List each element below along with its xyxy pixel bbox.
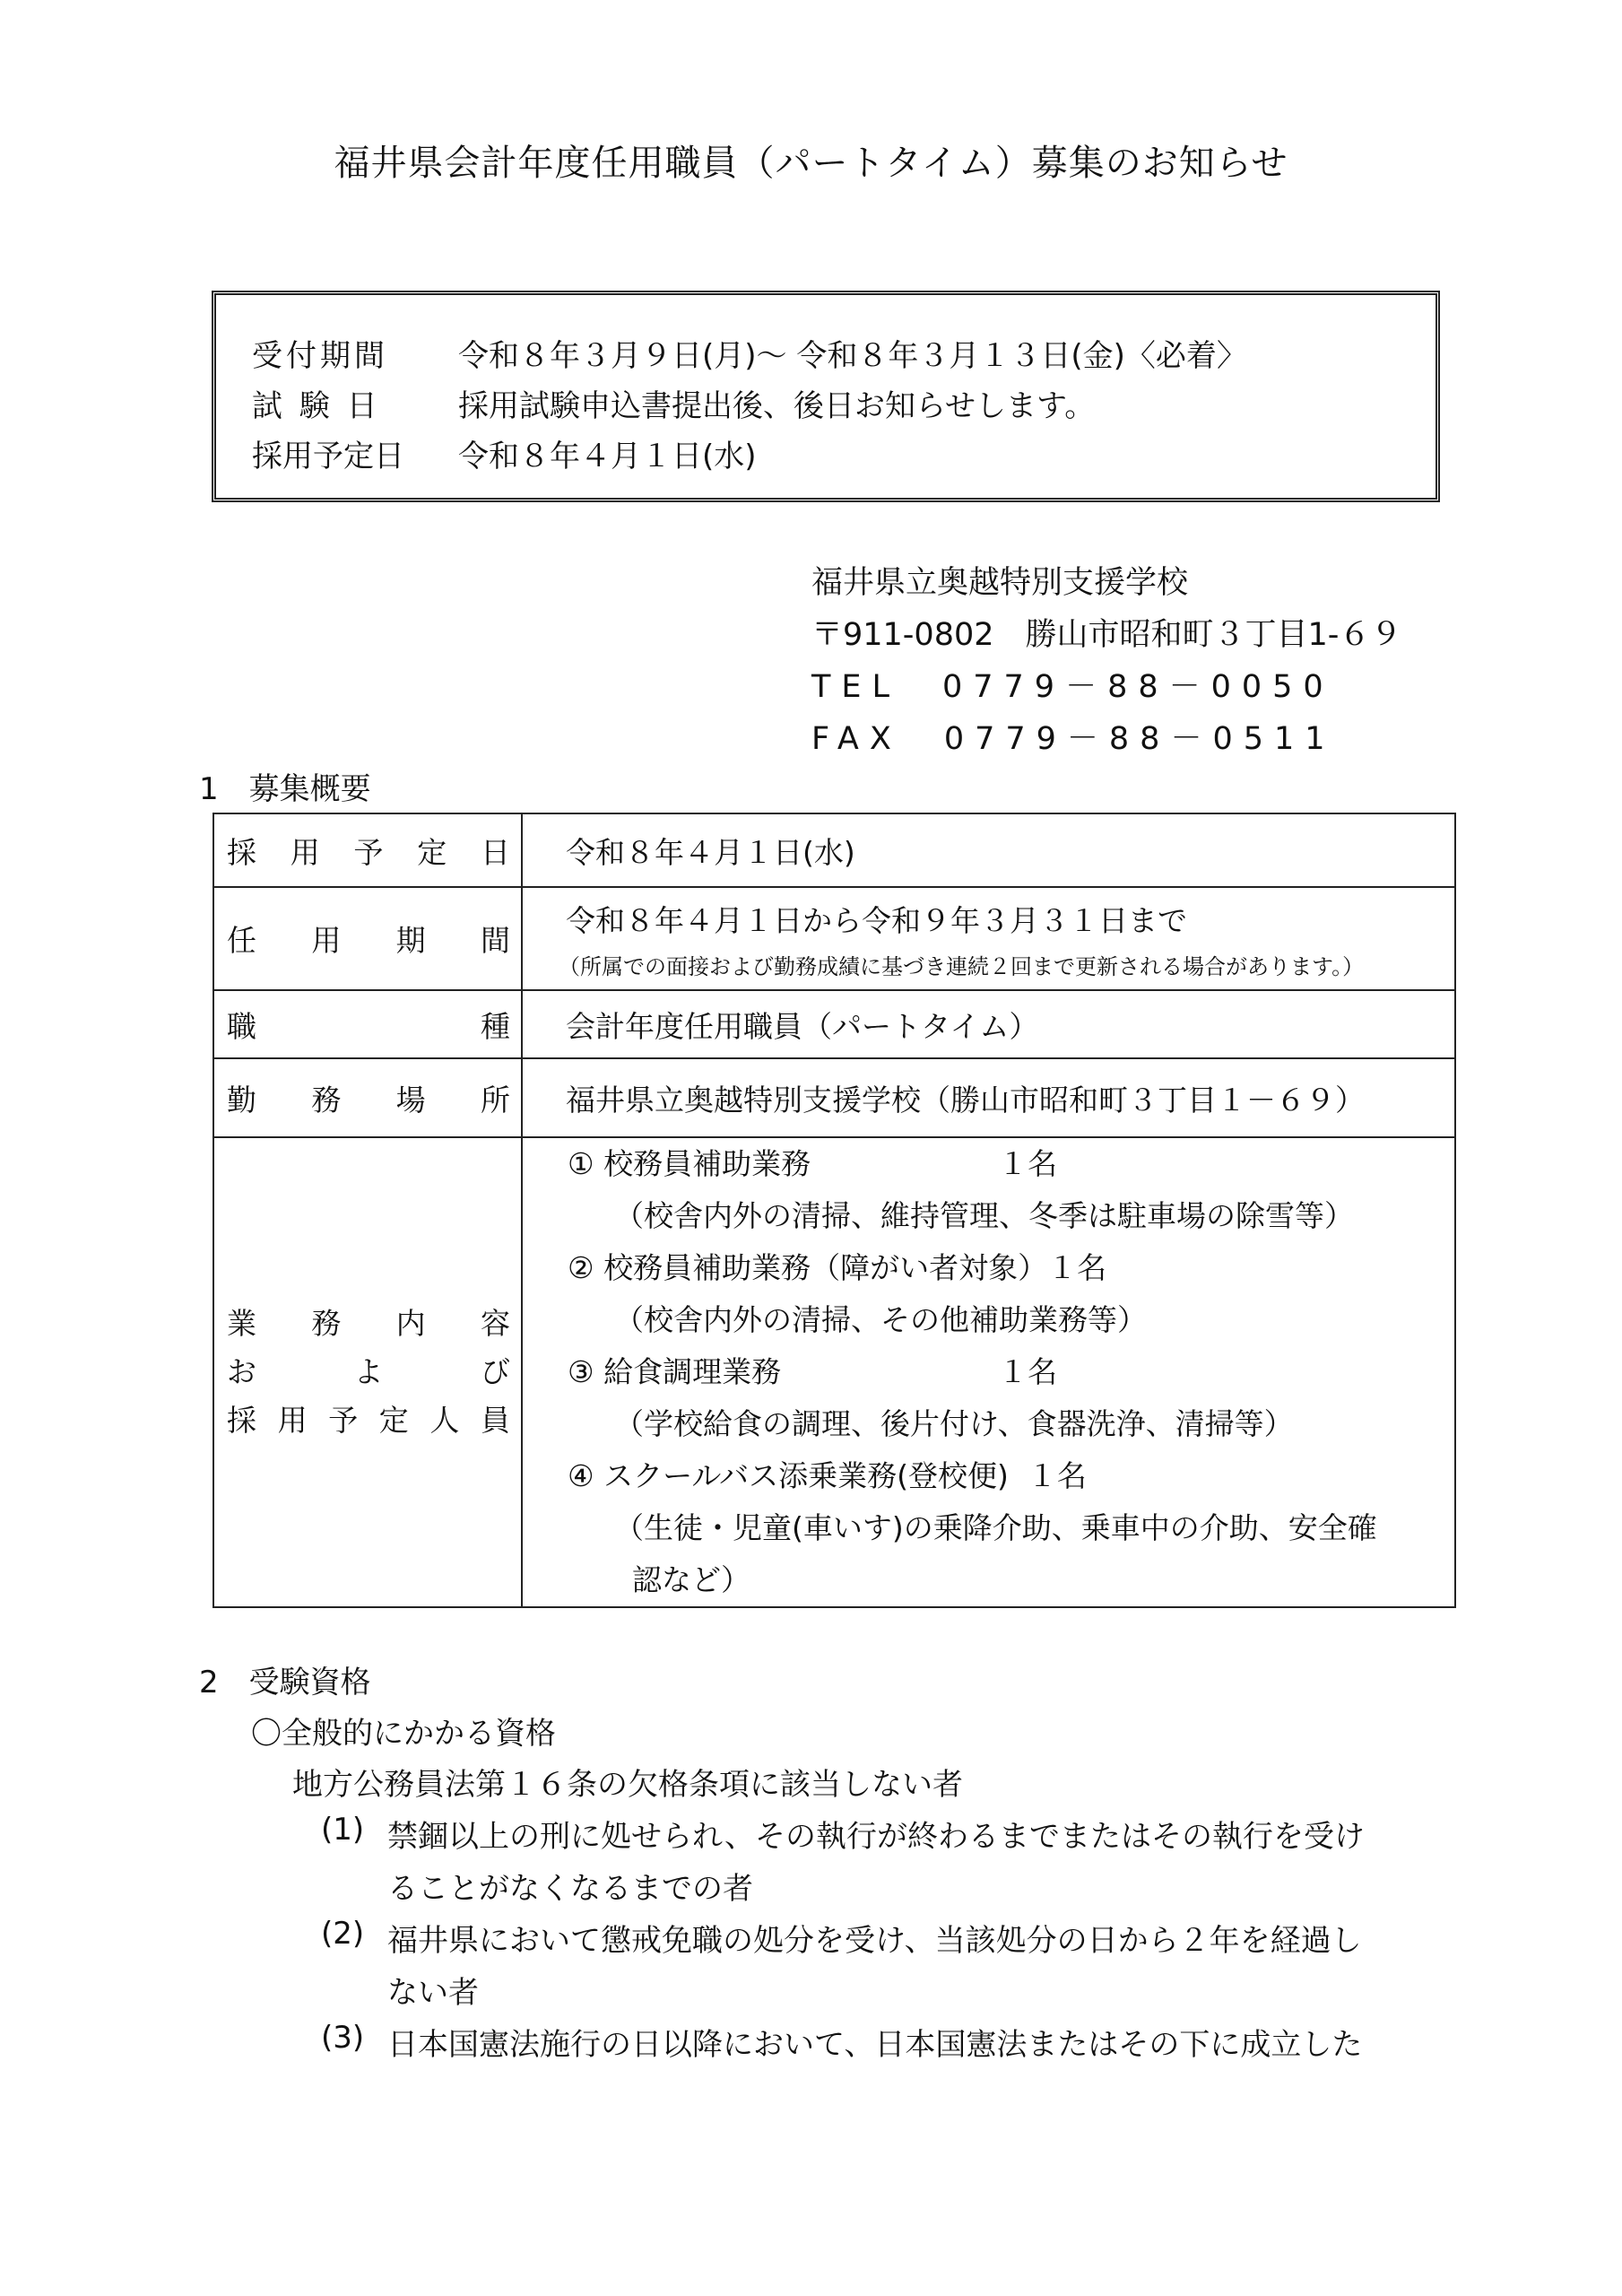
qualification-intro: 地方公務員法第１６条の欠格条項に該当しない者 (292, 1760, 963, 1804)
duty-name: 校務員補助業務 (603, 1138, 998, 1190)
label-char: 務 (311, 1077, 341, 1119)
employment-period-cell: 令和８年４月１日から令和９年３月３１日まで （所属での面接および勤務成績に基づき… (522, 887, 1455, 990)
table-row: 任 用 期 間 令和８年４月１日から令和９年３月３１日まで （所属での面接および… (213, 887, 1455, 990)
label-char: 職 (227, 1004, 256, 1046)
duty-description: 認など） (568, 1554, 1454, 1606)
hire-date-label: 採用予定日 (252, 431, 458, 475)
duty-name: 校務員補助業務（障がい者対象） (603, 1250, 1047, 1285)
label-char: 用 (278, 1396, 308, 1445)
exam-date-label: 試 験 日 (252, 381, 458, 425)
duty-description: （校舎内外の清掃、維持管理、冬季は駐車場の除雪等） (568, 1190, 1454, 1242)
reception-period-value: 令和８年３月９日(月)～ 令和８年３月１３日(金)〈必着〉 (458, 338, 1247, 374)
qualification-item-text: ない者 (387, 1968, 479, 2012)
label-char: び (481, 1348, 510, 1396)
duty-description: （学校給食の調理、後片付け、食器洗浄、清掃等） (568, 1398, 1454, 1450)
label-char: 予 (328, 1396, 358, 1445)
employment-period-value: 令和８年４月１日から令和９年３月３１日まで (566, 898, 1454, 940)
label-char: 任 (227, 918, 256, 960)
qualification-item-number: (2) (321, 1916, 364, 1952)
label-char: 内 (396, 1300, 426, 1348)
label-char: 用 (291, 830, 320, 872)
duty-item: ③ 給食調理業務１名 (568, 1346, 1454, 1398)
label-char: 種 (481, 1004, 510, 1046)
workplace-value: 福井県立奥越特別支援学校（勝山市昭和町３丁目１－６９） (522, 1058, 1455, 1137)
duty-count: １名 (1028, 1458, 1087, 1493)
page-title: 福井県会計年度任用職員（パートタイム）募集のお知らせ (0, 135, 1622, 186)
label-char: 日 (481, 830, 510, 872)
duty-item: ① 校務員補助業務１名 (568, 1138, 1454, 1190)
school-name: 福井県立奥越特別支援学校 (811, 558, 1188, 603)
duty-number: ② (568, 1250, 594, 1285)
section2-heading: 2 受験資格 (199, 1657, 371, 1701)
employment-period-note: （所属での面接および勤務成績に基づき連続２回まで更新される場合があります。） (559, 949, 1454, 980)
label-char: 容 (481, 1300, 510, 1348)
general-qualification-heading: 〇全般的にかかる資格 (251, 1709, 556, 1752)
label-cell: 任 用 期 間 (213, 887, 522, 990)
label-char: 採 (227, 1396, 256, 1445)
hire-date-row: 採用予定日令和８年４月１日(水) (252, 431, 757, 475)
duty-count: １名 (1047, 1250, 1106, 1285)
label-char: 人 (429, 1396, 459, 1445)
table-row: 職 種 会計年度任用職員（パートタイム） (213, 990, 1455, 1058)
hire-date-value: 令和８年４月１日(水) (522, 813, 1455, 887)
duty-description: （生徒・児童(車いす)の乗降介助、乗車中の介助、安全確 (568, 1502, 1454, 1554)
label-char: 業 (227, 1300, 256, 1348)
label-char: 間 (481, 918, 510, 960)
qualification-item-text: 日本国憲法施行の日以降において、日本国憲法またはその下に成立した (387, 2020, 1362, 2064)
school-address: 〒911-0802 勝山市昭和町３丁目1-６９ (811, 610, 1401, 655)
duty-item: ② 校務員補助業務（障がい者対象）１名 (568, 1242, 1454, 1294)
qualification-item-text: ることがなくなるまでの者 (387, 1864, 753, 1908)
job-type-value: 会計年度任用職員（パートタイム） (522, 990, 1455, 1058)
label-char: 用 (311, 918, 341, 960)
label-cell: 勤 務 場 所 (213, 1058, 522, 1137)
label-char: よ (354, 1348, 384, 1396)
label-char: 採 (227, 830, 256, 872)
school-tel: TEL 0779－88－0050 (811, 662, 1334, 707)
table-row: 業 務 内 容 お よ び 採 用 予 定 人 員 ① 校務員補助業務１ (213, 1137, 1455, 1607)
duty-count: １名 (998, 1354, 1057, 1389)
label-char: 務 (311, 1300, 341, 1348)
school-fax: FAX 0779－88－0511 (811, 714, 1336, 759)
duty-number: ① (568, 1146, 594, 1181)
label-char: 員 (481, 1396, 510, 1445)
qualification-item-number: (1) (321, 1812, 364, 1848)
label-cell: 採 用 予 定 日 (213, 813, 522, 887)
duty-description: （校舎内外の清掃、その他補助業務等） (568, 1294, 1454, 1346)
duty-name: スクールバス添乗業務(登校便) (603, 1458, 1009, 1493)
duties-cell: ① 校務員補助業務１名 （校舎内外の清掃、維持管理、冬季は駐車場の除雪等） ② … (522, 1137, 1455, 1607)
duty-count: １名 (998, 1146, 1057, 1181)
duty-number: ④ (568, 1458, 594, 1493)
table-row: 採 用 予 定 日 令和８年４月１日(水) (213, 813, 1455, 887)
qualification-item-number: (3) (321, 2020, 364, 2056)
qualification-item-text: 禁錮以上の刑に処せられ、その執行が終わるまでまたはその執行を受け (387, 1812, 1365, 1856)
label-char: 場 (396, 1077, 426, 1119)
duty-item: ④ スクールバス添乗業務(登校便) １名 (568, 1450, 1454, 1502)
reception-period-label: 受付期間 (252, 331, 458, 375)
schedule-box: 受付期間令和８年３月９日(月)～ 令和８年３月１３日(金)〈必着〉 試 験 日採… (212, 291, 1440, 502)
label-char: 所 (481, 1077, 510, 1119)
section1-heading: 1 募集概要 (199, 764, 371, 808)
label-char: 定 (379, 1396, 409, 1445)
label-char: 期 (396, 918, 426, 960)
label-char: 定 (417, 830, 447, 872)
recruitment-summary-table: 採 用 予 定 日 令和８年４月１日(水) 任 用 期 間 令和８年４月１日から… (213, 813, 1456, 1608)
label-cell: 職 種 (213, 990, 522, 1058)
hire-date-value: 令和８年４月１日(水) (458, 439, 757, 474)
label-char: 勤 (227, 1077, 256, 1119)
exam-date-row: 試 験 日採用試験申込書提出後、後日お知らせします。 (252, 381, 1095, 425)
table-row: 勤 務 場 所 福井県立奥越特別支援学校（勝山市昭和町３丁目１－６９） (213, 1058, 1455, 1137)
qualification-item-text: 福井県において懲戒免職の処分を受け、当該処分の日から２年を経過し (387, 1916, 1362, 1960)
duty-name: 給食調理業務 (603, 1346, 998, 1398)
exam-date-value: 採用試験申込書提出後、後日お知らせします。 (458, 388, 1095, 424)
duty-number: ③ (568, 1354, 594, 1389)
label-cell: 業 務 内 容 お よ び 採 用 予 定 人 員 (213, 1137, 522, 1607)
reception-period-row: 受付期間令和８年３月９日(月)～ 令和８年３月１３日(金)〈必着〉 (252, 331, 1247, 375)
label-char: お (227, 1348, 256, 1396)
label-char: 予 (354, 830, 384, 872)
